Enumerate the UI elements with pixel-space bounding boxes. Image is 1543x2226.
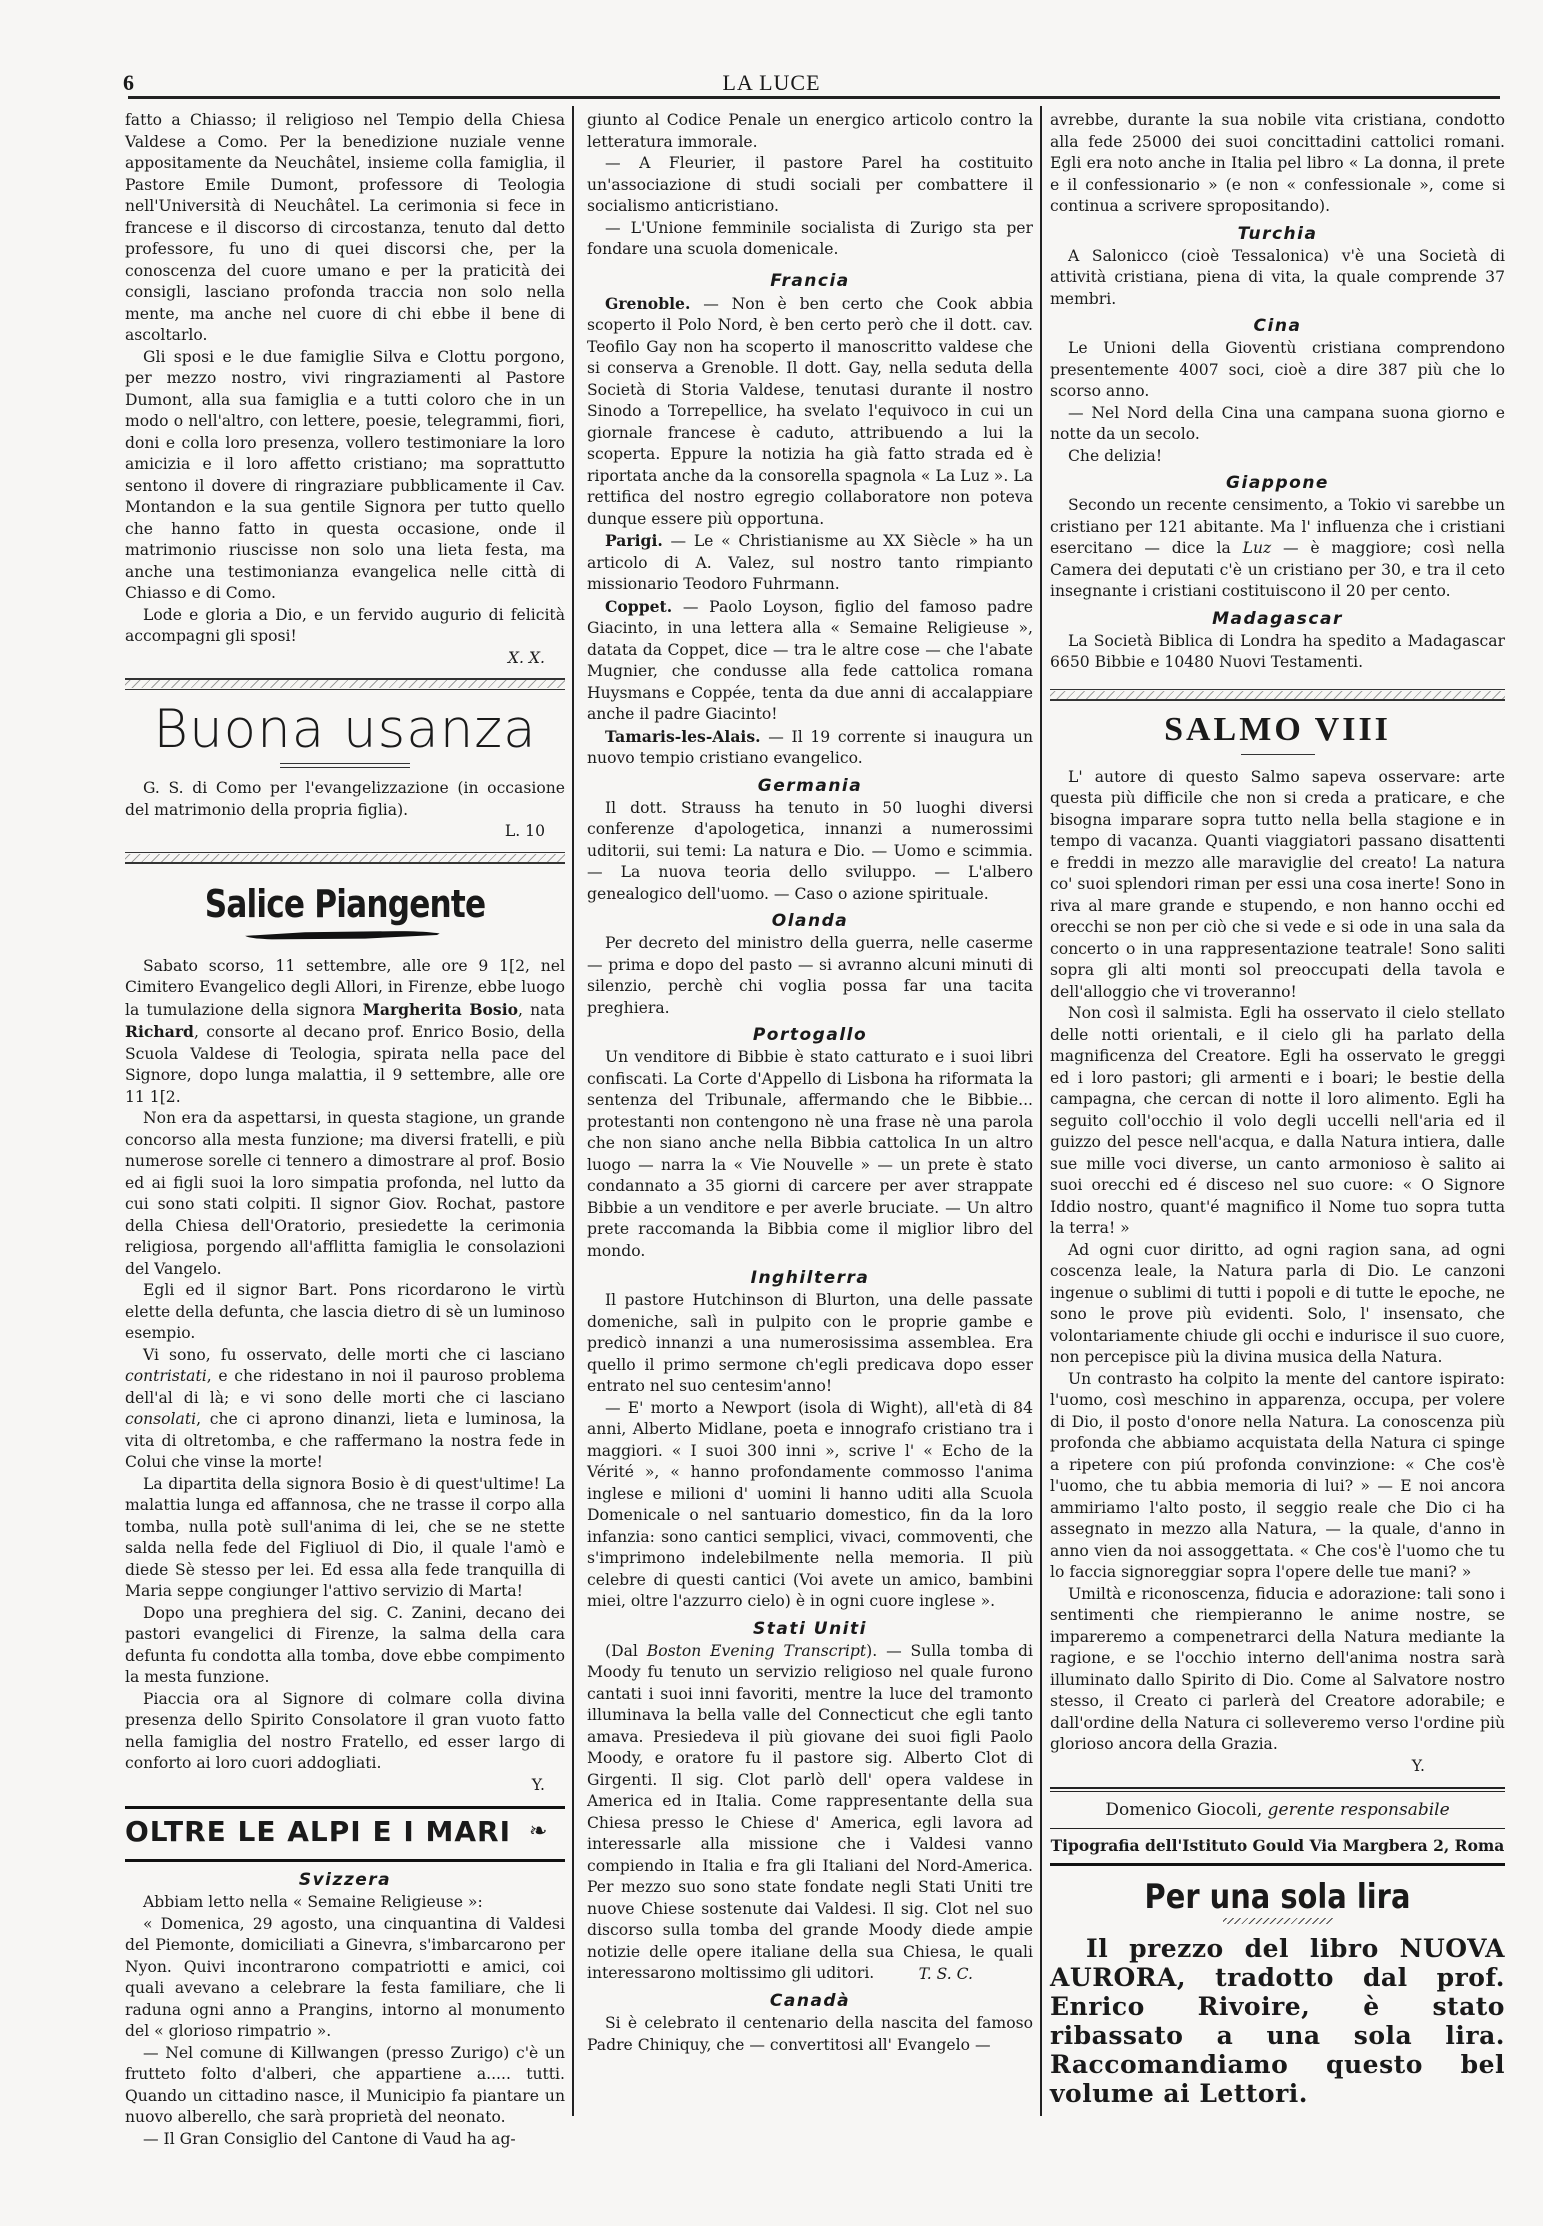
imprint-rule xyxy=(1050,1863,1505,1866)
buona-usanza-section: Buona usanza G. S. di Como per l'evangel… xyxy=(125,699,565,843)
paragraph: Lode e gloria a Dio, e un fervido auguri… xyxy=(125,605,565,648)
paragraph: Un contrasto ha colpito la mente del can… xyxy=(1050,1369,1505,1584)
paragraph: Secondo un recente censimento, a Tokio v… xyxy=(1050,495,1505,603)
paragraph: Ad ogni cuor diritto, ad ogni ragion san… xyxy=(1050,1240,1505,1369)
stati-uniti-section: Stati Uniti (Dal Boston Evening Transcri… xyxy=(587,1617,1033,1986)
paragraph: Dopo una preghiera del sig. C. Zanini, d… xyxy=(125,1603,565,1689)
section-title: Buona usanza xyxy=(125,699,565,761)
banner-title: OLTRE LE ALPI E I MARI xyxy=(125,1815,511,1849)
paragraph: Piaccia ora al Signore di colmare colla … xyxy=(125,1689,565,1775)
wavy-ornament xyxy=(1223,1918,1333,1924)
masthead: LA LUCE xyxy=(0,70,1543,96)
paragraph: Sabato scorso, 11 settembre, alle ore 9 … xyxy=(125,956,565,1109)
ornamental-rule xyxy=(1050,688,1505,702)
country-heading: Francia xyxy=(587,269,1033,293)
paragraph: — L'Unione femminile socialista di Zurig… xyxy=(587,218,1033,261)
paragraph: Vi sono, fu osservato, delle morti che c… xyxy=(125,1345,565,1474)
news-item: Tamaris-les-Alais. — Il 19 corrente si i… xyxy=(587,726,1033,770)
paragraph: A Salonicco (cioè Tessalonica) v'è una S… xyxy=(1050,246,1505,311)
paragraph: Le Unioni della Gioventù cristiana compr… xyxy=(1050,338,1505,403)
ornamental-rule xyxy=(125,851,565,865)
imprint-rule xyxy=(1050,1787,1505,1792)
right-column: avrebbe, durante la sua nobile vita cris… xyxy=(1050,110,1505,2108)
header-rule xyxy=(128,96,1500,99)
turchia-section: Turchia A Salonicco (cioè Tessalonica) v… xyxy=(1050,222,1505,311)
country-heading: Turchia xyxy=(1050,222,1505,246)
country-heading: Madagascar xyxy=(1050,607,1505,631)
donation-text: G. S. di Como per l'evangelizzazione (in… xyxy=(125,778,565,821)
paragraph: L' autore di questo Salmo sapeva osserva… xyxy=(1050,767,1505,1004)
paragraph: Per decreto del ministro della guerra, n… xyxy=(587,933,1033,1019)
paragraph: Non era da aspettarsi, in questa stagion… xyxy=(125,1108,565,1280)
portogallo-section: Portogallo Un venditore di Bibbie è stat… xyxy=(587,1023,1033,1262)
paragraph: « Domenica, 29 agosto, una cinquantina d… xyxy=(125,1914,565,2043)
giappone-section: Giappone Secondo un recente censimento, … xyxy=(1050,471,1505,603)
paragraph: Che delizia! xyxy=(1050,446,1505,468)
column-divider xyxy=(1040,106,1042,2116)
cina-section: Cina Le Unioni della Gioventù cristiana … xyxy=(1050,314,1505,467)
salmo-section: SALMO VIII L' autore di questo Salmo sap… xyxy=(1050,710,1505,1778)
paragraph: — Nel Nord della Cina una campana suona … xyxy=(1050,403,1505,446)
section-banner: OLTRE LE ALPI E I MARI ❧ xyxy=(125,1815,565,1849)
donation-amount: L. 10 xyxy=(125,821,565,843)
section-rule xyxy=(125,1806,565,1809)
paragraph: — A Fleurier, il pastore Parel ha costit… xyxy=(587,153,1033,218)
germania-section: Germania Il dott. Strauss ha tenuto in 5… xyxy=(587,774,1033,906)
country-heading: Inghilterra xyxy=(587,1266,1033,1290)
wedding-article: fatto a Chiasso; il religioso nel Tempio… xyxy=(125,110,565,669)
section-title: Salice Piangente xyxy=(165,881,526,927)
country-heading: Stati Uniti xyxy=(587,1617,1033,1641)
paragraph: — E' morto a Newport (isola di Wight), a… xyxy=(587,1398,1033,1613)
paragraph: Si è celebrato il centenario della nasci… xyxy=(587,2013,1033,2056)
paragraph: Non così il salmista. Egli ha osservato … xyxy=(1050,1003,1505,1240)
canada-section: Canadà Si è celebrato il centenario dell… xyxy=(587,1989,1033,2056)
title-ornament xyxy=(245,931,445,940)
left-column: fatto a Chiasso; il religioso nel Tempio… xyxy=(125,110,565,2150)
imprint-rule xyxy=(1050,1828,1505,1830)
country-heading: Olanda xyxy=(587,909,1033,933)
responsible-editor: Domenico Giocoli, gerente responsabile xyxy=(1050,1800,1505,1822)
paragraph: La dipartita della signora Bosio è di qu… xyxy=(125,1474,565,1603)
paragraph: Umiltà e riconoscenza, fiducia e adorazi… xyxy=(1050,1584,1505,1756)
paragraph: Il dott. Strauss ha tenuto in 50 luoghi … xyxy=(587,798,1033,906)
promo-section: Per una sola lira Il prezzo del libro NU… xyxy=(1050,1876,1505,2108)
paragraph: Abbiam letto nella « Semaine Religieuse … xyxy=(125,1892,565,1914)
promo-title: Per una sola lira xyxy=(1084,1876,1471,1918)
paragraph: avrebbe, durante la sua nobile vita cris… xyxy=(1050,110,1505,218)
francia-section: Francia Grenoble. — Non è ben certo che … xyxy=(587,269,1033,770)
middle-column: giunto al Codice Penale un energico arti… xyxy=(587,110,1033,2056)
paragraph: Egli ed il signor Bart. Pons ricordarono… xyxy=(125,1280,565,1345)
country-heading: Svizzera xyxy=(125,1868,565,1892)
paragraph: Un venditore di Bibbie è stato catturato… xyxy=(587,1047,1033,1262)
news-item: Grenoble. — Non è ben certo che Cook abb… xyxy=(587,293,1033,531)
column-divider xyxy=(572,106,574,2116)
signature: Y. xyxy=(1050,1756,1505,1778)
news-item: Coppet. — Paolo Loyson, figlio del famos… xyxy=(587,596,1033,726)
olanda-section: Olanda Per decreto del ministro della gu… xyxy=(587,909,1033,1019)
paragraph: — Il Gran Consiglio del Cantone di Vaud … xyxy=(125,2129,565,2151)
section-rule xyxy=(125,1859,565,1862)
country-heading: Canadà xyxy=(587,1989,1033,2013)
printer-imprint: Tipografia dell'Istituto Gould Via Margb… xyxy=(1050,1835,1505,1857)
paragraph: Il pastore Hutchinson di Blurton, una de… xyxy=(587,1290,1033,1398)
country-heading: Portogallo xyxy=(587,1023,1033,1047)
paragraph: fatto a Chiasso; il religioso nel Tempio… xyxy=(125,110,565,347)
svizzera-continued: giunto al Codice Penale un energico arti… xyxy=(587,110,1033,261)
madagascar-section: Madagascar La Società Biblica di Londra … xyxy=(1050,607,1505,674)
inghilterra-section: Inghilterra Il pastore Hutchinson di Blu… xyxy=(587,1266,1033,1613)
title-rule xyxy=(1241,754,1315,755)
country-heading: Giappone xyxy=(1050,471,1505,495)
paragraph: La Società Biblica di Londra ha spedito … xyxy=(1050,631,1505,674)
svizzera-section: Svizzera Abbiam letto nella « Semaine Re… xyxy=(125,1868,565,2150)
leaf-ornament-icon: ❧ xyxy=(529,1815,548,1849)
promo-text: Il prezzo del libro NUOVA AURORA, tradot… xyxy=(1050,1934,1505,2108)
ornamental-rule xyxy=(125,677,565,691)
news-item: Parigi. — Le « Christianisme au XX Siècl… xyxy=(587,530,1033,596)
paragraph: Gli sposi e le due famiglie Silva e Clot… xyxy=(125,347,565,605)
paragraph: — Nel comune di Killwangen (presso Zurig… xyxy=(125,2043,565,2129)
paragraph: giunto al Codice Penale un energico arti… xyxy=(587,110,1033,153)
section-title: SALMO VIII xyxy=(1050,710,1505,750)
signature: Y. xyxy=(125,1775,565,1797)
signature: X. X. xyxy=(125,648,565,670)
country-heading: Cina xyxy=(1050,314,1505,338)
country-heading: Germania xyxy=(587,774,1033,798)
paragraph: (Dal Boston Evening Transcript). — Sulla… xyxy=(587,1641,1033,1985)
salice-piangente-section: Salice Piangente Sabato scorso, 11 sette… xyxy=(125,881,565,1797)
title-rule xyxy=(280,763,410,768)
